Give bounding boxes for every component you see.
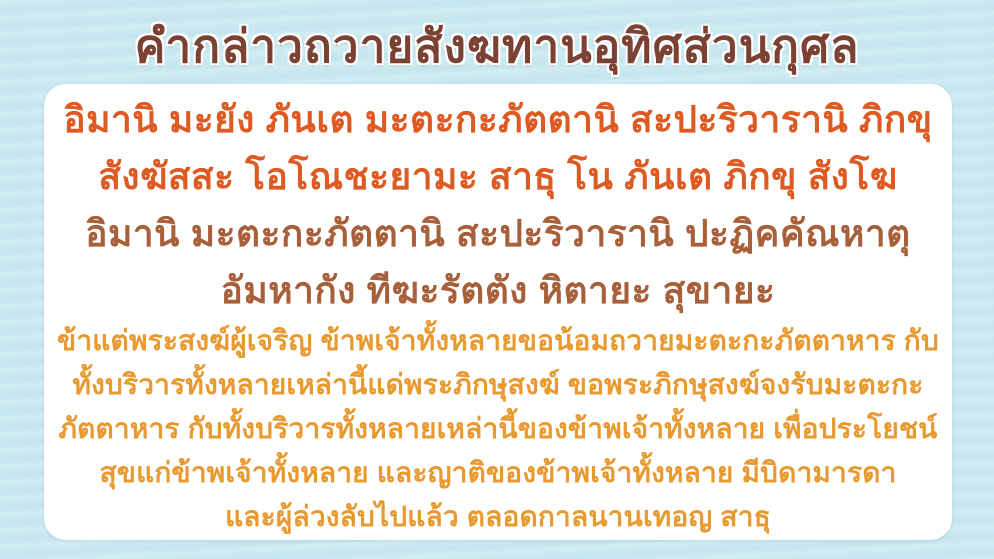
translation-line: สุขแก่ข้าพเจ้าทั้งหลาย และญาติของข้าพเจ้…	[44, 451, 952, 495]
page-title: คำกล่าวถวายสังฆทานอุทิศส่วนกุศล	[0, 10, 994, 82]
pali-line: สังฆัสสะ โอโณชะยามะ สาธุ โน ภันเต ภิกขุ …	[44, 148, 952, 205]
chant-card: อิมานิ มะยัง ภันเต มะตะกะภัตตานิ สะปะริว…	[44, 84, 952, 540]
translation-line: ทั้งบริวารทั้งหลายเหล่านี้แด่พระภิกษุสงฆ…	[44, 363, 952, 407]
translation-line: ข้าแต่พระสงฆ์ผู้เจริญ ข้าพเจ้าทั้งหลายขอ…	[44, 319, 952, 363]
pali-line: อิมานิ มะยัง ภันเต มะตะกะภัตตานิ สะปะริว…	[44, 91, 952, 148]
pali-line: อัมหากัง ทีฆะรัตตัง หิตายะ สุขายะ	[44, 262, 952, 319]
poster-background: คำกล่าวถวายสังฆทานอุทิศส่วนกุศล อิมานิ ม…	[0, 0, 994, 559]
pali-line: อิมานิ มะตะกะภัตตานิ สะปะริวารานิ ปะฏิคค…	[44, 205, 952, 262]
translation-line: ภัตตาหาร กับทั้งบริวารทั้งหลายเหล่านี้ขอ…	[44, 407, 952, 451]
translation-line: และผู้ล่วงลับไปแล้ว ตลอดกาลนานเทอญ สาธุ	[44, 495, 952, 539]
